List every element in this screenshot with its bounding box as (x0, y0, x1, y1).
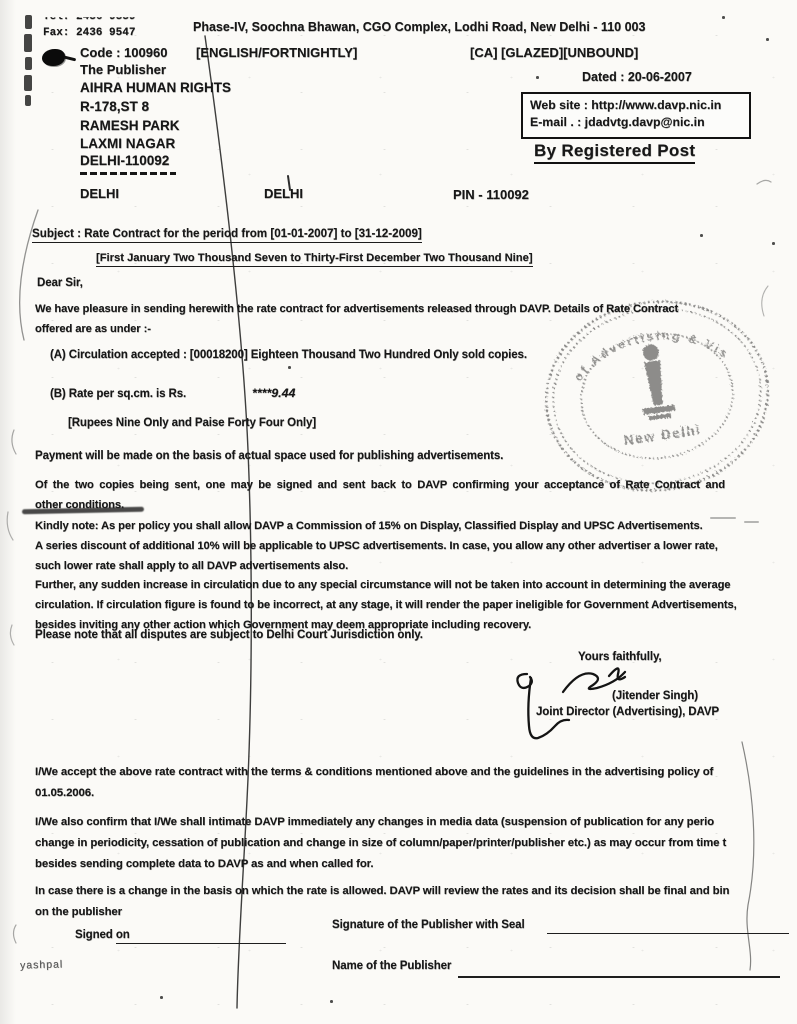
email-line: E-mail . : jdadvtg.davp@nic.in (530, 114, 742, 131)
publisher-name-line (458, 976, 780, 978)
ink-blob-tail (64, 56, 76, 62)
paragraph-line: I/We also confirm that I/We shall intima… (35, 812, 726, 833)
paragraph-line: circulation. If circulation figure is fo… (35, 595, 737, 615)
category-flags: [CA] [GLAZED][UNBOUND] (470, 45, 638, 60)
office-address: Phase-IV, Soochna Bhawan, CGO Complex, L… (193, 20, 645, 34)
address-line: R-178,ST 8 (80, 99, 149, 114)
addressee-label: The Publisher (80, 62, 166, 77)
paragraph-line: such lower rate shall apply to all DAVP … (35, 556, 718, 576)
publication-type: [ENGLISH/FORTNIGHTLY] (196, 45, 357, 60)
address-line: DELHI-110092 (80, 153, 169, 168)
contact-box: Web site : http://www.davp.nic.in E-mail… (521, 92, 751, 139)
city-left: DELHI (80, 186, 119, 201)
subject-words-line: [First January Two Thousand Seven to Thi… (96, 252, 533, 264)
address-line: LAXMI NAGAR (80, 136, 175, 151)
paragraph-accept: I/We accept the above rate contract with… (35, 762, 713, 804)
telephone-line: Tel: 2436 9339 (43, 11, 135, 23)
subject-words-text: [First January Two Thousand Seven to Thi… (96, 252, 533, 267)
office-stamp: of Advertising & Vis New Delhi (525, 278, 789, 513)
publisher-name: AIHRA HUMAN RIGHTS (80, 80, 231, 95)
handwritten-note: yashpal (20, 958, 64, 971)
paragraph-jurisdiction: Please note that all disputes are subjec… (35, 629, 423, 641)
ink-blob (42, 49, 65, 66)
paragraph-line: Further, any sudden increase in circulat… (35, 575, 737, 595)
signed-on-line (116, 943, 286, 944)
publisher-signature-line (547, 933, 789, 934)
paragraph-rate-review: In case there is a change in the basis o… (35, 881, 729, 923)
paragraph-line: I/We accept the above rate contract with… (35, 762, 713, 783)
paragraph-commission: Kindly note: As per policy you shall all… (35, 516, 718, 576)
publisher-signature-label: Signature of the Publisher with Seal (332, 919, 525, 931)
item-b-rate-value: ****9.44 (252, 386, 295, 400)
fax-line: Fax: 2436 9547 (43, 27, 135, 39)
paragraph-line: 01.05.2006. (35, 783, 713, 804)
paragraph-confirm: I/We also confirm that I/We shall intima… (35, 812, 726, 875)
item-b-rate-label: (B) Rate per sq.cm. is Rs. (50, 388, 186, 400)
paragraph-line: In case there is a change in the basis o… (35, 881, 729, 902)
paragraph-line: A series discount of additional 10% will… (35, 536, 718, 556)
salutation: Dear Sir, (37, 277, 83, 289)
signed-on-label: Signed on (75, 929, 130, 941)
paragraph-line: Kindly note: As per policy you shall all… (35, 516, 718, 536)
website-line: Web site : http://www.davp.nic.in (530, 97, 742, 114)
paragraph-line: change in periodicity, cessation of publ… (35, 833, 726, 854)
publisher-name-label: Name of the Publisher (332, 960, 451, 972)
city-mid: DELHI (264, 186, 303, 201)
dated-line: Dated : 20-06-2007 (582, 70, 692, 84)
address-line: RAMESH PARK (80, 118, 180, 133)
signature-scribble (505, 658, 670, 758)
scanned-letter-page: Tel: 2436 9339 Fax: 2436 9547 Phase-IV, … (0, 0, 797, 1024)
paragraph-circulation-increase: Further, any sudden increase in circulat… (35, 575, 737, 635)
pin-code: PIN - 110092 (453, 187, 529, 202)
stamp-center-text: New Delhi (623, 422, 702, 448)
code-label: Code : 100960 (80, 45, 167, 60)
dashed-separator (80, 172, 176, 175)
item-a-circulation: (A) Circulation accepted : [00018200] Ei… (50, 349, 527, 361)
subject-line: Subject : Rate Contract for the period f… (32, 227, 422, 240)
item-b-rate-words: [Rupees Nine Only and Paise Forty Four O… (68, 417, 316, 429)
subject-text: Subject : Rate Contract for the period f… (32, 227, 422, 243)
paragraph-line: besides sending complete data to DAVP as… (35, 854, 726, 875)
delivery-mode: By Registered Post (534, 141, 695, 164)
paragraph-payment: Payment will be made on the basis of act… (35, 450, 503, 462)
